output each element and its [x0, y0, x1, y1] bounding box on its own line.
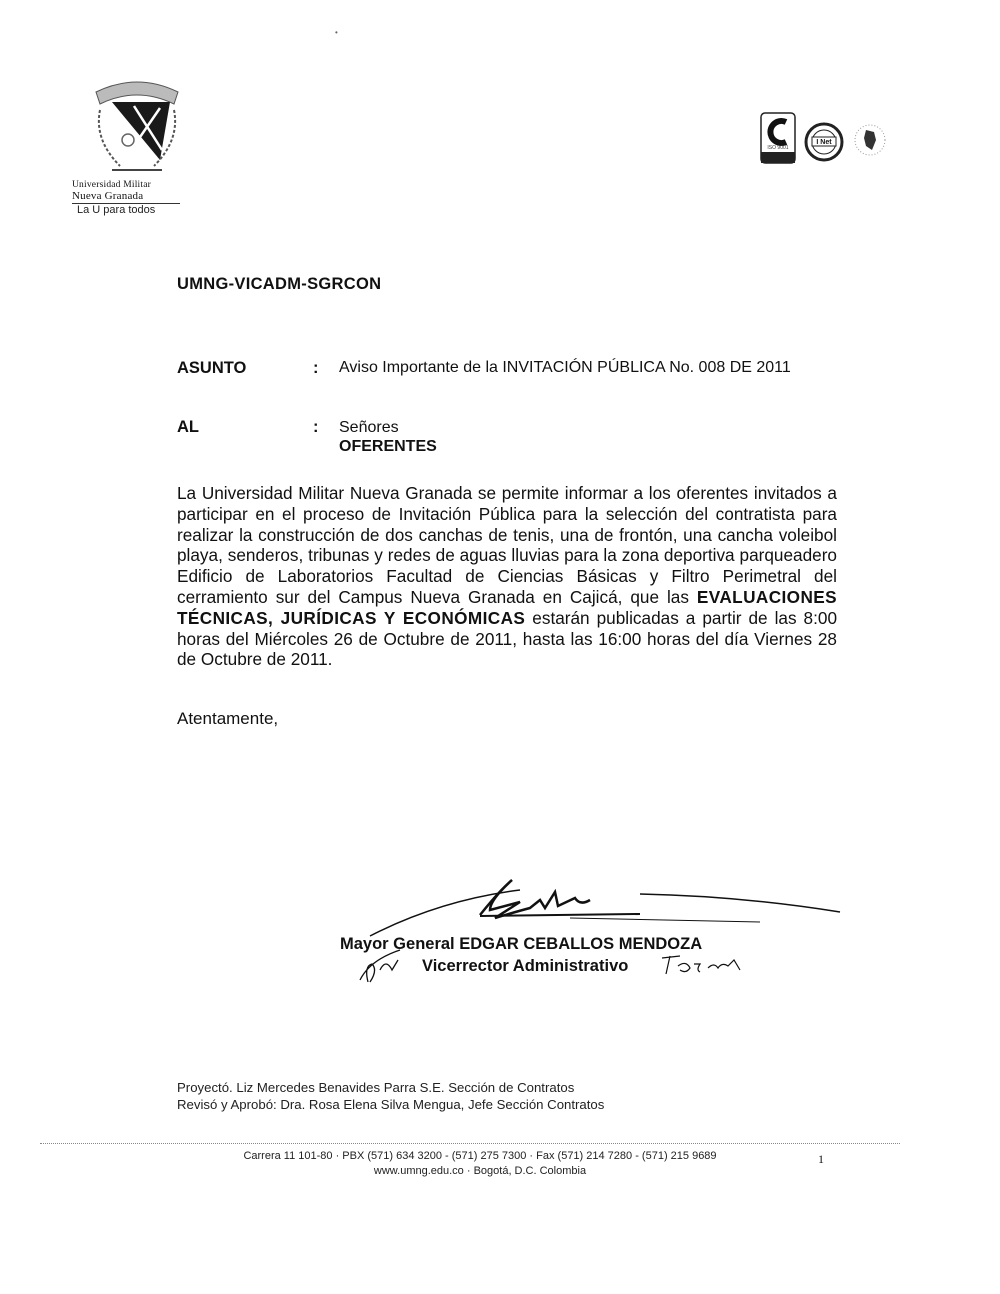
logo-tagline: La U para todos: [77, 204, 212, 216]
document-credits: Proyectó. Liz Mercedes Benavides Parra S…: [177, 1079, 604, 1113]
al-colon: :: [313, 418, 339, 456]
certification-seals: ISO 9001 I Net: [760, 112, 888, 173]
credits-approved-by: Revisó y Aprobó: Dra. Rosa Elena Silva M…: [177, 1096, 604, 1113]
letter-body: La Universidad Militar Nueva Granada se …: [177, 483, 837, 670]
signatory-title: Vicerrector Administrativo: [422, 957, 628, 976]
asunto-label: ASUNTO: [177, 359, 313, 378]
recipient-name: OFERENTES: [339, 437, 437, 456]
svg-text:I Net: I Net: [816, 139, 832, 146]
logo-name-line2: Nueva Granada: [72, 190, 180, 204]
footer-address: Carrera 11 101-80 · PBX (571) 634 3200 -…: [200, 1149, 760, 1164]
asunto-value: Aviso Importante de la INVITACIÓN PÚBLIC…: [339, 359, 791, 378]
logo-name-line1: Universidad Militar: [72, 180, 212, 190]
iqnet-icon: I Net: [804, 122, 844, 162]
al-label: AL: [177, 418, 313, 456]
page-number: 1: [818, 1152, 824, 1167]
footer-web: www.umng.edu.co · Bogotá, D.C. Colombia: [200, 1164, 760, 1179]
university-logo: Universidad Militar Nueva Granada La U p…: [72, 70, 212, 216]
cert-iqnet: I Net: [804, 122, 844, 167]
document-reference: UMNG-VICADM-SGRCON: [177, 275, 381, 294]
recipient-salutation: Señores: [339, 418, 437, 437]
closing: Atentamente,: [177, 709, 278, 729]
asunto-colon: :: [313, 359, 339, 378]
recipient: Señores OFERENTES: [339, 418, 437, 456]
footer-divider: [40, 1143, 900, 1144]
signatory-name: Mayor General EDGAR CEBALLOS MENDOZA: [340, 935, 702, 954]
icontec-iso-9001-icon: ISO 9001: [760, 112, 796, 168]
scan-speck: •: [335, 28, 338, 37]
colombia-map-seal-icon: [852, 122, 888, 162]
university-crest-icon: [82, 70, 192, 180]
footer: Carrera 11 101-80 · PBX (571) 634 3200 -…: [200, 1149, 760, 1179]
asunto-row: ASUNTO : Aviso Importante de la INVITACI…: [177, 359, 791, 378]
svg-text:ISO 9001: ISO 9001: [767, 145, 788, 151]
credits-prepared-by: Proyectó. Liz Mercedes Benavides Parra S…: [177, 1079, 604, 1096]
recipient-row: AL : Señores OFERENTES: [177, 418, 437, 456]
cert-colombia: [852, 122, 888, 167]
cert-icontec: ISO 9001: [760, 112, 796, 173]
